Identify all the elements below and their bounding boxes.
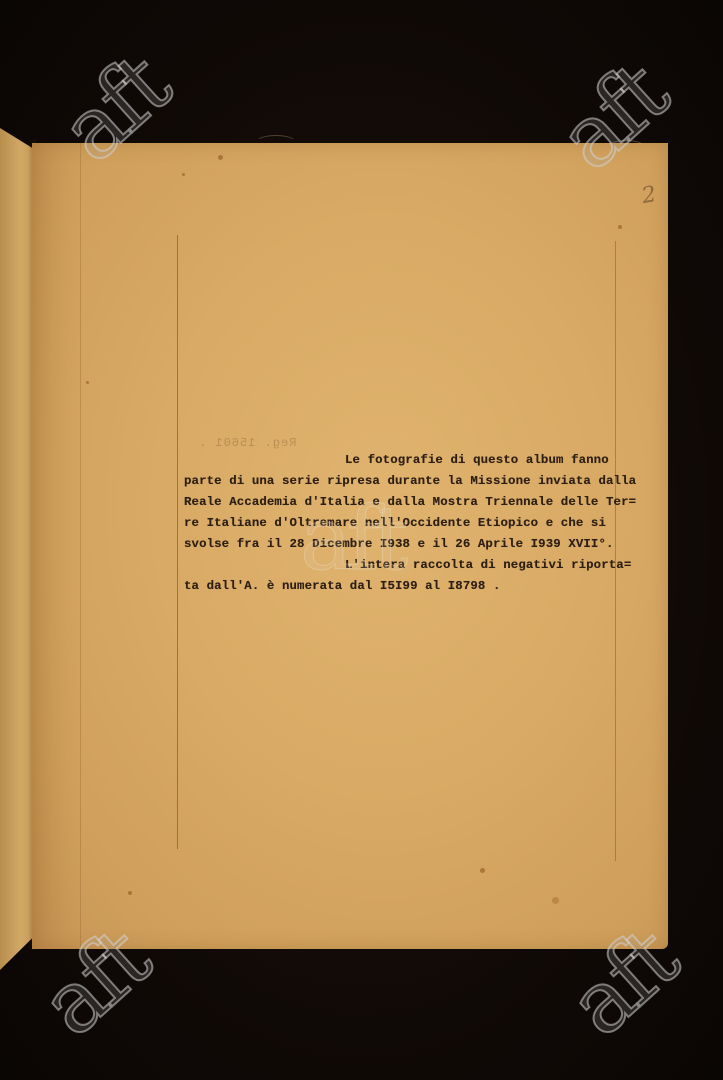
typed-line: ta dall'A. è numerata dal I5I99 al I8798… <box>184 576 624 597</box>
foxing-spot <box>86 381 89 384</box>
paper-fiber <box>255 135 297 151</box>
typed-paragraph: Le fotografie di questo album fanno part… <box>184 450 624 597</box>
handwritten-page-number: 2 <box>640 182 658 209</box>
foxing-spot <box>128 891 132 895</box>
foxing-spot <box>552 897 559 904</box>
page-binding-shade <box>32 143 82 949</box>
typed-line: Le fotografie di questo album fanno <box>184 450 624 471</box>
foxing-spot <box>182 173 185 176</box>
typed-line: parte di una serie ripresa durante la Mi… <box>184 471 624 492</box>
foxing-spot <box>218 155 223 160</box>
foxing-spot <box>618 225 622 229</box>
typed-line: svolse fra il 28 Dicembre I938 e il 26 A… <box>184 534 624 555</box>
left-margin-rule <box>177 235 178 849</box>
typed-line: L'intera raccolta di negativi riporta= <box>184 555 624 576</box>
foxing-spot <box>480 868 485 873</box>
album-page: 2 Reg. 15601 . Le fotografie di questo a… <box>32 143 668 949</box>
paper-fiber <box>605 140 647 158</box>
showthrough-text: Reg. 15601 . <box>198 436 296 450</box>
typed-line: Reale Accademia d'Italia e dalla Mostra … <box>184 492 624 513</box>
typed-line: re Italiane d'Oltremare nell'Occidente E… <box>184 513 624 534</box>
fold-line <box>80 143 81 949</box>
